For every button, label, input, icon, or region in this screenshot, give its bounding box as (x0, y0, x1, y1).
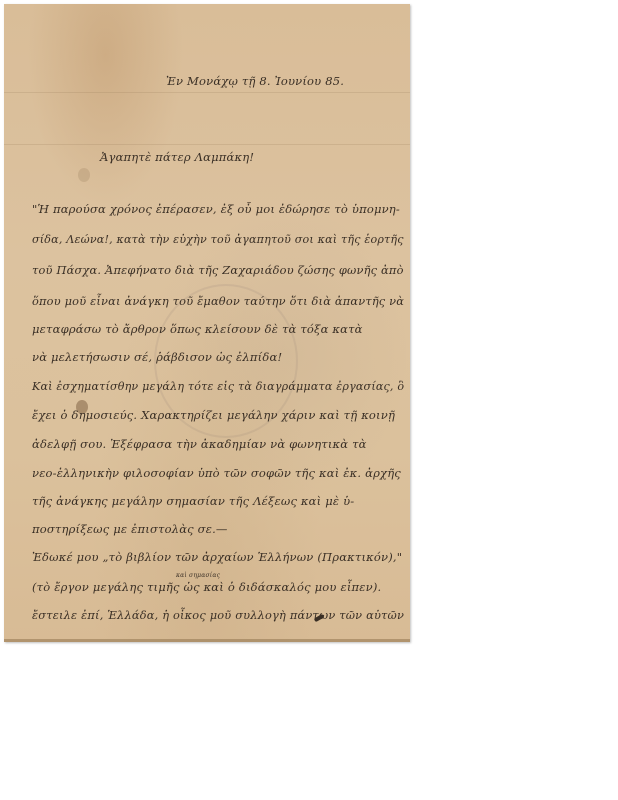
letter-line: τῆς ἀνάγκης μεγάλην σημασίαν τῆς Λέξεως … (32, 494, 354, 508)
letter-line: νὰ μελετήσωσιν σέ, ῥάβδισον ὡς ἐλπίδα! (32, 350, 282, 364)
place-date: Ἐν Μονάχῳ τῇ 8. Ἰουνίου 85. (166, 74, 344, 88)
letter-line: ποστηρίξεως με ἐπιστολὰς σε.— (32, 522, 228, 536)
letter-line: μεταφράσω τὸ ἄρθρον ὅπως κλείσουν δὲ τὰ … (32, 322, 363, 336)
interlinear-note: καὶ σημασίας (176, 572, 220, 579)
letter-line: Ἐδωκέ μου „τὸ βιβλίον τῶν ἀρχαίων Ἑλλήνω… (32, 550, 402, 564)
fold-line (4, 92, 410, 93)
letter-page: Ἐν Μονάχῳ τῇ 8. Ἰουνίου 85. Ἀγαπητὲ πάτε… (4, 4, 410, 642)
letter-line: ἔχει ὁ δημοσιεύς. Χαρακτηρίζει μεγάλην χ… (32, 408, 395, 422)
letter-line: (τὸ ἔργον μεγάλης τιμῆς ὡς καὶ ὁ διδάσκα… (32, 580, 381, 594)
letter-line: ἔστειλε ἐπί, Ἑλλάδα, ἡ οἶκος μοῦ συλλογὴ… (32, 608, 404, 622)
letter-line: ἀδελφῇ σου. Ἐξέφρασα τὴν ἀκαδημίαν νὰ φω… (32, 437, 367, 451)
salutation: Ἀγαπητὲ πάτερ Λαμπάκη! (100, 150, 254, 164)
letter-line: νεο-ἑλληνικὴν φιλοσοφίαν ὑπὸ τῶν σοφῶν τ… (32, 466, 401, 480)
stain (78, 168, 90, 182)
letter-line: "Ἡ παρούσα χρόνος ἐπέρασεν, ἐξ οὗ μοι ἐδ… (32, 202, 400, 216)
letter-line: Καὶ ἐσχηματίσθην μεγάλη τότε εἰς τὰ διαγ… (32, 379, 404, 393)
letter-line: ὅπου μοῦ εἶναι ἀνάγκη τοῦ ἔμαθον ταύτην … (32, 294, 404, 308)
letter-line: τοῦ Πάσχα. Ἀπεφήνατο διὰ τῆς Ζαχαριάδου … (32, 263, 404, 277)
fold-line (4, 144, 410, 145)
letter-line: σίδα, Λεώνα!, κατὰ τὴν εὐχὴν τοῦ ἀγαπητο… (32, 232, 404, 246)
